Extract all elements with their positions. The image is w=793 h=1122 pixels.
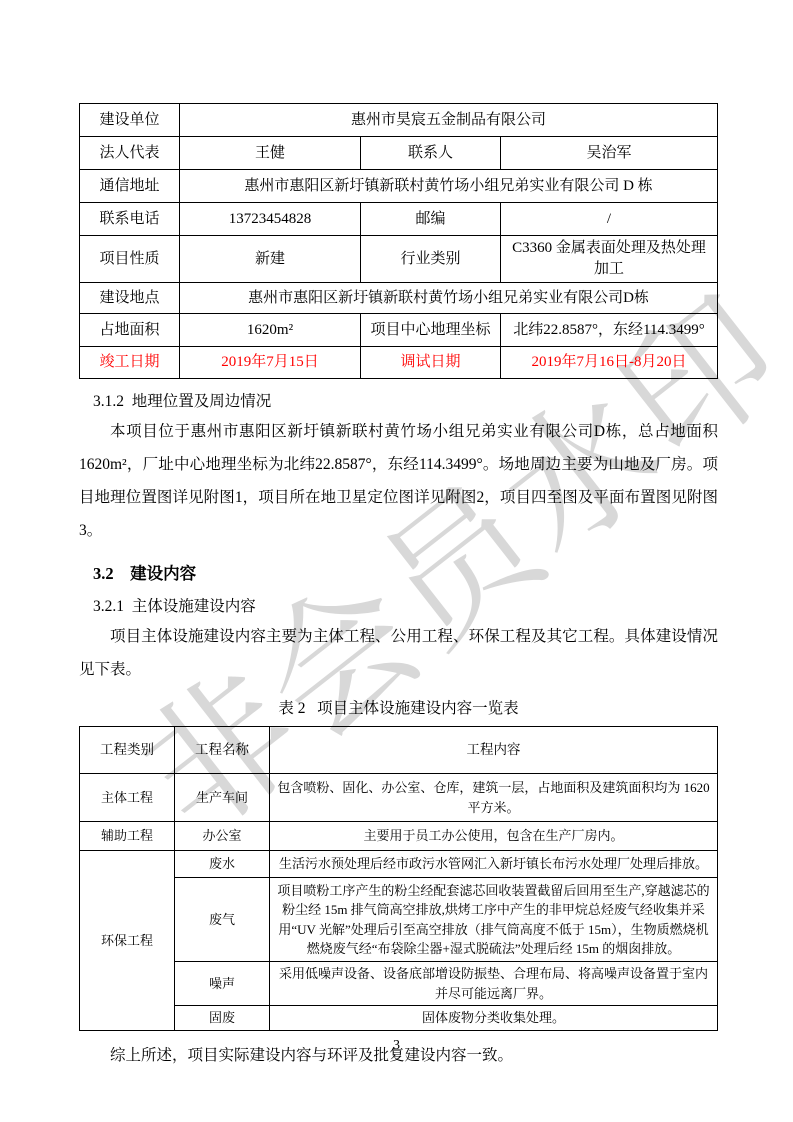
info-value: 2019年7月16日-8月20日 xyxy=(501,347,718,379)
table-row: 联系电话 13723454828 邮编 / xyxy=(80,203,718,236)
document-page: 非会员水印 建设单位 惠州市昊宸五金制品有限公司 法人代表 王健 联系人 吴治军… xyxy=(0,0,793,1122)
table-row: 项目性质 新建 行业类别 C3360 金属表面处理及热处理加工 xyxy=(80,236,718,283)
info-value: 惠州市惠阳区新圩镇新联村黄竹场小组兄弟实业有限公司D栋 xyxy=(180,283,718,314)
info-label: 项目性质 xyxy=(80,236,180,283)
cell-content: 包含喷粉、固化、办公室、仓库，建筑一层，占地面积及建筑面积均为 1620 平方米… xyxy=(270,774,718,822)
table-row-exhaust-gas: 废气 项目喷粉工序产生的粉尘经配套滤芯回收装置截留后回用至生产,穿越滤芯的粉尘经… xyxy=(80,878,718,962)
table-row: 法人代表 王健 联系人 吴治军 xyxy=(80,137,718,170)
project-info-table: 建设单位 惠州市昊宸五金制品有限公司 法人代表 王健 联系人 吴治军 通信地址 … xyxy=(79,103,718,379)
info-label: 联系电话 xyxy=(80,203,180,236)
cell-name: 废气 xyxy=(175,878,270,962)
cell-name: 废水 xyxy=(175,851,270,878)
cell-category-environmental: 环保工程 xyxy=(80,851,175,1031)
table-row-noise: 噪声 采用低噪声设备、设备底部增设防振垫、合理布局、将高噪声设备置于室内并尽可能… xyxy=(80,962,718,1006)
column-header-content: 工程内容 xyxy=(270,727,718,774)
info-value: C3360 金属表面处理及热处理加工 xyxy=(501,236,718,283)
table-row: 通信地址 惠州市惠阳区新圩镇新联村黄竹场小组兄弟实业有限公司 D 栋 xyxy=(80,170,718,203)
cell-name: 办公室 xyxy=(175,822,270,851)
info-value: 1620m² xyxy=(180,314,361,347)
info-value: 新建 xyxy=(180,236,361,283)
table-row-wastewater: 环保工程 废水 生活污水预处理后经市政污水管网汇入新圩镇长布污水处理厂处理后排放… xyxy=(80,851,718,878)
table-row: 建设地点 惠州市惠阳区新圩镇新联村黄竹场小组兄弟实业有限公司D栋 xyxy=(80,283,718,314)
cell-name: 固废 xyxy=(175,1006,270,1031)
info-value: 惠州市昊宸五金制品有限公司 xyxy=(180,104,718,137)
page-content: 建设单位 惠州市昊宸五金制品有限公司 法人代表 王健 联系人 吴治军 通信地址 … xyxy=(0,0,793,1072)
info-label: 项目中心地理坐标 xyxy=(361,314,501,347)
cell-category: 辅助工程 xyxy=(80,822,175,851)
info-value: / xyxy=(501,203,718,236)
column-header-name: 工程名称 xyxy=(175,727,270,774)
table-row-main-works: 主体工程 生产车间 包含喷粉、固化、办公室、仓库，建筑一层，占地面积及建筑面积均… xyxy=(80,774,718,822)
paragraph-construction-content: 项目主体设施建设内容主要为主体工程、公用工程、环保工程及其它工程。具体建设情况见… xyxy=(79,620,718,686)
cell-content: 固体废物分类收集处理。 xyxy=(270,1006,718,1031)
page-number: 3 xyxy=(0,1038,793,1054)
info-label: 建设单位 xyxy=(80,104,180,137)
info-value: 惠州市惠阳区新圩镇新联村黄竹场小组兄弟实业有限公司 D 栋 xyxy=(180,170,718,203)
info-label: 调试日期 xyxy=(361,347,501,379)
info-label: 邮编 xyxy=(361,203,501,236)
table-row-solid-waste: 固废 固体废物分类收集处理。 xyxy=(80,1006,718,1031)
table2-caption: 表 2 项目主体设施建设内容一览表 xyxy=(79,696,718,718)
cell-name: 噪声 xyxy=(175,962,270,1006)
construction-content-table: 工程类别 工程名称 工程内容 主体工程 生产车间 包含喷粉、固化、办公室、仓库，… xyxy=(79,726,718,1031)
table-row: 建设单位 惠州市昊宸五金制品有限公司 xyxy=(80,104,718,137)
info-label: 行业类别 xyxy=(361,236,501,283)
cell-name: 生产车间 xyxy=(175,774,270,822)
info-label: 竣工日期 xyxy=(80,347,180,379)
info-value: 吴治军 xyxy=(501,137,718,170)
section-heading-3-2-1: 3.2.1 主体设施建设内容 xyxy=(93,594,718,616)
info-label: 法人代表 xyxy=(80,137,180,170)
info-label: 占地面积 xyxy=(80,314,180,347)
cell-content: 采用低噪声设备、设备底部增设防振垫、合理布局、将高噪声设备置于室内并尽可能远离厂… xyxy=(270,962,718,1006)
info-value: 13723454828 xyxy=(180,203,361,236)
table-row-completion-dates: 竣工日期 2019年7月15日 调试日期 2019年7月16日-8月20日 xyxy=(80,347,718,379)
section-heading-3-1-2: 3.1.2 地理位置及周边情况 xyxy=(93,389,718,411)
info-value: 王健 xyxy=(180,137,361,170)
cell-category: 主体工程 xyxy=(80,774,175,822)
cell-content: 项目喷粉工序产生的粉尘经配套滤芯回收装置截留后回用至生产,穿越滤芯的粉尘经 15… xyxy=(270,878,718,962)
table-row-auxiliary-works: 辅助工程 办公室 主要用于员工办公使用，包含在生产厂房内。 xyxy=(80,822,718,851)
section-heading-3-2: 3.2 建设内容 xyxy=(93,560,718,584)
column-header-category: 工程类别 xyxy=(80,727,175,774)
table-row: 占地面积 1620m² 项目中心地理坐标 北纬22.8587°，东经114.34… xyxy=(80,314,718,347)
info-label: 通信地址 xyxy=(80,170,180,203)
info-label: 建设地点 xyxy=(80,283,180,314)
info-label: 联系人 xyxy=(361,137,501,170)
table-header-row: 工程类别 工程名称 工程内容 xyxy=(80,727,718,774)
info-value: 北纬22.8587°，东经114.3499° xyxy=(501,314,718,347)
cell-content: 生活污水预处理后经市政污水管网汇入新圩镇长布污水处理厂处理后排放。 xyxy=(270,851,718,878)
info-value: 2019年7月15日 xyxy=(180,347,361,379)
cell-content: 主要用于员工办公使用，包含在生产厂房内。 xyxy=(270,822,718,851)
paragraph-location: 本项目位于惠州市惠阳区新圩镇新联村黄竹场小组兄弟实业有限公司D栋，总占地面积16… xyxy=(79,415,718,547)
